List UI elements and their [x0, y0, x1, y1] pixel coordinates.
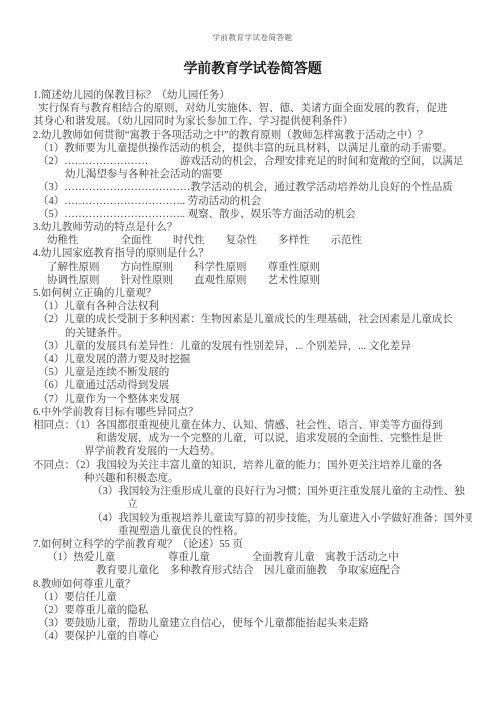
answer-item-line: （7）儿童作为一个整体来发展 — [38, 393, 472, 406]
answer-line: 不同点：（2）我国较为关注丰富儿童的知识，培养儿童的能力；国外更关注培养儿童的各 — [33, 459, 472, 472]
answer-item-line: （3）………………………………教学活动的机会，通过教学活动培养幼儿良好的个性品质 — [38, 181, 472, 194]
answer-options-row: 幼稚性 全面性 时代性 复杂性 多样性 示范性 — [47, 234, 472, 247]
answer-cont-line: 种兴趣和积极态度。 — [84, 472, 472, 485]
document-title: 学前教育学试卷简答题 — [33, 62, 472, 78]
question-line: 1.简述幼儿园的保教目标？（幼儿园任务） — [33, 89, 472, 102]
answer-item-line: （1）要信任儿童 — [38, 591, 472, 604]
answer-item-line: （2）要尊重儿童的隐私 — [38, 604, 472, 617]
answer-item-line: （1）教师要为儿童提供操作活动的机会，提供丰富的玩具材料，以满足儿童的动手需要。 — [38, 142, 472, 155]
answer-options-row: 协调性原则 针对性原则 直观性原则 艺术性原则 — [47, 274, 472, 287]
answer-item-line: （3）要鼓励儿童，帮助儿童建立自信心，使每个儿童都能抬起头来走路 — [38, 617, 472, 630]
answer-cont-line: 的关键条件。 — [65, 327, 472, 340]
answer-item-line: （4）要保护儿童的自尊心 — [38, 630, 472, 643]
answer-options-row: （1）热爱儿童 尊重儿童 全面教育儿童 寓教于活动之中 — [47, 551, 472, 564]
question-line: 2.幼儿教师如何贯彻“寓教于各项活动之中”的教育原则（教师怎样寓教于活动之中）？ — [33, 129, 472, 142]
answer-item-line: （4）我国较为重视培养儿童读写算的初步技能，为儿童进入小学做好准备；国外更 — [92, 512, 472, 525]
question-line: 5.如何树立正确的儿童观？ — [33, 287, 472, 300]
question-line: 6.中外学前教育目标有哪些异同点？ — [33, 406, 472, 419]
answer-item-line: （6）儿童通过活动得到发展 — [38, 379, 472, 392]
answer-line: 其身心和谐发展。（幼儿园同时为家长参加工作、学习提供便利条件） — [33, 115, 472, 128]
answer-item-line: （5）儿童是连续不断发展的 — [38, 366, 472, 379]
answer-item-line: （5）…………………………….. 观察、散步、娱乐等方面活动的机会 — [38, 208, 472, 221]
answer-line: 实行保育与教育相结合的原则，对幼儿实施体、智、德、美诸方面全面发展的教育，促进 — [38, 102, 472, 115]
answer-cont-line: 界学前教育发展的一大趋势。 — [84, 445, 472, 458]
document-body: 1.简述幼儿园的保教目标？（幼儿园任务） 实行保育与教育相结合的原则，对幼儿实施… — [33, 89, 472, 644]
answer-options-row: 了解性原则 方向性原则 科学性原则 尊重性原则 — [47, 261, 472, 274]
answer-item-line: （2）…………………… 游戏活动的机会，合理安排充足的时间和宽敞的空间，以满足 — [38, 155, 472, 168]
question-line: 3.幼儿教师劳动的特点是什么？ — [33, 221, 472, 234]
answer-line: 相同点：（1）各国都很重视使儿童在体力、认知、情感、社会性、语言、审美等方面得到 — [33, 419, 472, 432]
answer-item-line: （3）我国较为注重形成儿童的良好行为习惯；国外更注重发展儿童的主动性、独 — [92, 485, 472, 498]
question-line: 7.如何树立科学的学前教育观？（论述）55 页 — [33, 538, 472, 551]
answer-cont-line: 和谐发展，成为一个完整的儿童，可以说，追求发展的全面性、完整性是世 — [96, 432, 472, 445]
answer-item-line: （2）儿童的成长受制于多种因素：生物因素是儿童成长的生理基础，社会因素是儿童成长 — [38, 313, 472, 326]
document-page: 学前教育学试卷简答题 学前教育学试卷简答题 1.简述幼儿园的保教目标？（幼儿园任… — [0, 0, 500, 707]
answer-item-line: （1）儿童有各种合法权利 — [38, 300, 472, 313]
question-line: 8.教师如何尊重儿童？ — [33, 578, 472, 591]
page-header-title: 学前教育学试卷简答题 — [33, 33, 472, 42]
answer-item-line: （4）…………………………….. 劳动活动的机会 — [38, 195, 472, 208]
answer-cont-line: 重视塑造儿童优良的性格。 — [118, 525, 472, 538]
answer-cont-line: 幼儿渴望参与各种社会活动的需要 — [65, 168, 472, 181]
answer-item-line: （4）儿童发展的潜力要及时挖掘 — [38, 353, 472, 366]
answer-options-row: 教育要儿童化 多种教育形式结合 因儿童而施教 争取家庭配合 — [96, 564, 472, 577]
answer-cont-line: 立 — [127, 498, 472, 511]
question-line: 4.幼儿园家庭教育指导的原则是什么？ — [33, 247, 472, 260]
answer-item-line: （3）儿童的发展具有差异性：儿童的发展有性别差异，... 个别差异，... 文化… — [38, 340, 472, 353]
